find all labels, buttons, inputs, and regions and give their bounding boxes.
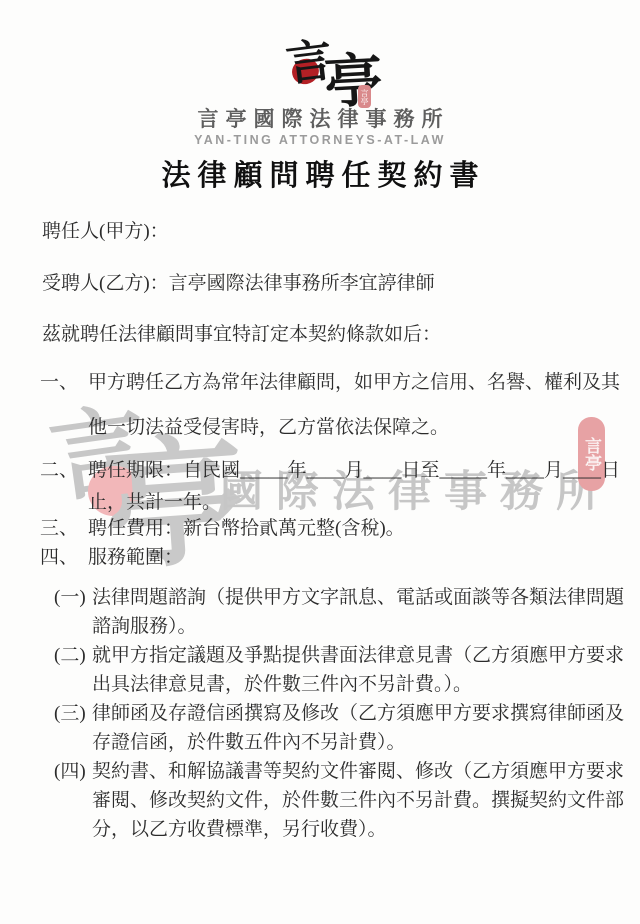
line-text: 律師函及存證信函撰寫及修改（乙方須應甲方要求撰寫律師函及: [92, 702, 624, 725]
item-number: (一): [54, 586, 86, 609]
clause-number: 一、: [40, 371, 78, 394]
line-text: 止，共計一年。: [88, 491, 221, 514]
line-text: 就甲方指定議題及爭點提供書面法律意見書（乙方須應甲方要求: [92, 644, 624, 667]
line-text: 存證信函，於件數五件內不另計費）。: [92, 731, 406, 754]
document-title: 法律顧問聘任契約書: [0, 153, 640, 194]
clause-number: 三、: [40, 517, 78, 540]
line-text: 聘任期限：自民國_____年____月____日至_____年____月____…: [88, 459, 620, 482]
item-number: (三): [54, 702, 86, 725]
line-text: 茲就聘任法律顧問事宜特訂定本契約條款如后：: [42, 323, 441, 346]
line-text: 受聘人(乙方)：言亭國際法律事務所李宜諪律師: [42, 272, 435, 295]
line-text: 審閱、修改契約文件，於件數三件內不另計費。撰擬契約文件部: [92, 789, 624, 812]
line-text: 分，以乙方收費標準，另行收費）。: [92, 818, 387, 841]
line-text: 他一切法益受侵害時，乙方當依法保障之。: [88, 416, 449, 439]
line-text: 聘任費用：新台幣拾貳萬元整(含稅)。: [88, 517, 405, 540]
line-text: 出具法律意見書，於件數三件內不另計費。）。: [92, 673, 472, 696]
line-text: 契約書、和解協議書等契約文件審閱、修改（乙方須應甲方要求: [92, 760, 624, 783]
line-text: 諮詢服務）。: [92, 615, 197, 638]
firm-name-english: YAN-TING ATTORNEYS-AT-LAW: [0, 133, 640, 147]
item-number: (四): [54, 760, 86, 783]
item-number: (二): [54, 644, 86, 667]
line-text: 服務範圍：: [88, 546, 183, 569]
firm-name-chinese: 言亭國際法律事務所: [0, 103, 640, 133]
clause-number: 二、: [40, 459, 78, 482]
firm-header: 言 亭 言亭 言亭國際法律事務所 YAN-TING ATTORNEYS-AT-L…: [0, 0, 640, 200]
line-text: 甲方聘任乙方為常年法律顧問，如甲方之信用、名譽、權利及其: [88, 371, 620, 394]
line-text: 法律問題諮詢（提供甲方文字訊息、電話或面談等各類法律問題: [92, 586, 624, 609]
line-text: 聘任人(甲方)：: [42, 220, 169, 243]
clause-number: 四、: [40, 546, 78, 569]
contract-document-page: 言 亭 言亭 言亭國際法律事務所 YAN-TING ATTORNEYS-AT-L…: [0, 0, 640, 924]
